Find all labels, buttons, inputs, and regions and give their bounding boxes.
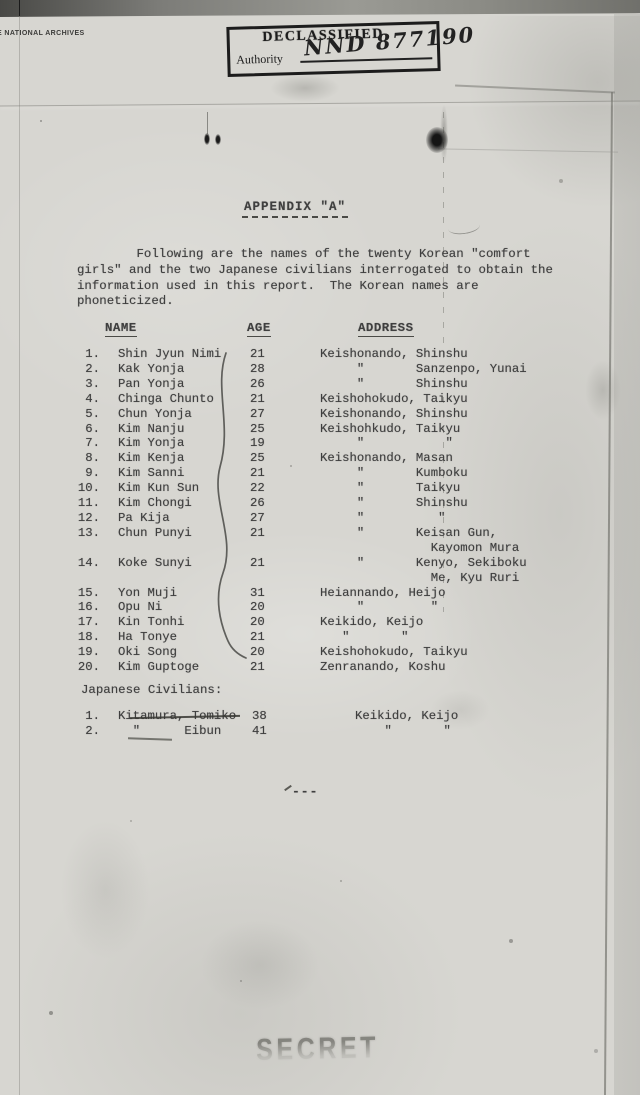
table-row: 17.Kin Tonhi20Keikido, Keijo bbox=[0, 615, 640, 630]
table-row: 14.Koke Sunyi21 " Kenyo, Sekiboku Me, Ky… bbox=[0, 556, 640, 586]
row-number: 2. bbox=[0, 362, 100, 377]
table-row: 11.Kim Chongi26 " Shinshu bbox=[0, 496, 640, 511]
address-cell: " " bbox=[320, 511, 445, 526]
table-row: 9.Kim Sanni21 " Kumboku bbox=[0, 466, 640, 481]
paper-speckles bbox=[40, 120, 42, 122]
table-row: 2.Kak Yonja28 " Sanzenpo, Yunai bbox=[0, 362, 640, 377]
name-cell: Kitamura, Tomiko bbox=[118, 709, 246, 724]
address-cell: " Taikyu bbox=[320, 481, 460, 496]
column-header-age: AGE bbox=[247, 321, 271, 337]
row-number: 19. bbox=[0, 645, 100, 660]
row-number: 11. bbox=[0, 496, 100, 511]
address-cell: " Sanzenpo, Yunai bbox=[320, 362, 527, 377]
name-cell: " Eibun bbox=[118, 724, 246, 739]
table-row: 1.Shin Jyun Nimi21Keishonando, Shinshu bbox=[0, 347, 640, 362]
declassified-stamp: DECLASSIFIED Authority NND 877190 bbox=[226, 21, 440, 77]
row-number: 1. bbox=[0, 347, 100, 362]
address-cell: " " bbox=[355, 724, 451, 739]
table-row: 19.Oki Song20Keishohokudo, Taikyu bbox=[0, 645, 640, 660]
row-number: 2. bbox=[0, 724, 100, 739]
age-cell: 41 bbox=[246, 724, 282, 739]
address-cell: Keikido, Keijo bbox=[355, 709, 458, 724]
table-row: 1.Kitamura, Tomiko38Keikido, Keijo bbox=[0, 709, 640, 724]
address-cell: " Shinshu bbox=[320, 496, 468, 511]
address-cell: Heiannando, Heijo bbox=[320, 586, 445, 601]
row-number: 12. bbox=[0, 511, 100, 526]
table-row: 7.Kim Yonja19 " " bbox=[0, 436, 640, 451]
staple-mark bbox=[207, 112, 208, 134]
row-number: 18. bbox=[0, 630, 100, 645]
separator-dashes: --- bbox=[292, 784, 318, 799]
address-cell: Zenranando, Koshu bbox=[320, 660, 445, 675]
scan-edge-line bbox=[19, 0, 20, 16]
table-row: 16.Opu Ni20 " " bbox=[0, 600, 640, 615]
table-row: 6.Kim Nanju25Keishohkudo, Taikyu bbox=[0, 422, 640, 437]
intro-paragraph: Following are the names of the twenty Ko… bbox=[77, 247, 577, 310]
row-number: 1. bbox=[0, 709, 100, 724]
address-cell: Keishonando, Shinshu bbox=[320, 407, 468, 422]
staple-mark bbox=[204, 133, 210, 145]
page-title: APPENDIX "A" bbox=[145, 200, 445, 214]
table-row: 10.Kim Kun Sun22 " Taikyu bbox=[0, 481, 640, 496]
address-cell: Keishohokudo, Taikyu bbox=[320, 392, 468, 407]
address-cell: " Kumboku bbox=[320, 466, 468, 481]
row-number: 9. bbox=[0, 466, 100, 481]
address-cell: Keishonando, Shinshu bbox=[320, 347, 468, 362]
address-cell: " Keisan Gun, Kayomon Mura bbox=[320, 526, 519, 556]
japanese-table-rows: 1.Kitamura, Tomiko38Keikido, Keijo2. " E… bbox=[0, 709, 640, 739]
table-row: 5.Chun Yonja27Keishonando, Shinshu bbox=[0, 407, 640, 422]
japanese-section-heading: Japanese Civilians: bbox=[81, 683, 222, 697]
row-number: 10. bbox=[0, 481, 100, 496]
paper-shading bbox=[470, 16, 640, 206]
address-cell: " Kenyo, Sekiboku Me, Kyu Ruri bbox=[320, 556, 527, 586]
row-number: 14. bbox=[0, 556, 100, 571]
row-number: 16. bbox=[0, 600, 100, 615]
row-number: 13. bbox=[0, 526, 100, 541]
table-row: 20.Kim Guptoge21Zenranando, Koshu bbox=[0, 660, 640, 675]
address-cell: " " bbox=[320, 436, 453, 451]
paper-stain bbox=[60, 820, 150, 960]
column-header-address: ADDRESS bbox=[358, 321, 414, 337]
punch-hole-smear bbox=[440, 104, 448, 164]
row-number: 5. bbox=[0, 407, 100, 422]
authority-label: Authority bbox=[236, 51, 283, 67]
table-row: 18.Ha Tonye21 " " bbox=[0, 630, 640, 645]
document-scan: E NATIONAL ARCHIVES DECLASSIFIED Authori… bbox=[0, 0, 640, 1095]
national-archives-label: E NATIONAL ARCHIVES bbox=[0, 30, 85, 37]
row-number: 17. bbox=[0, 615, 100, 630]
age-cell: 38 bbox=[246, 709, 282, 724]
table-row: 3.Pan Yonja26 " Shinshu bbox=[0, 377, 640, 392]
column-header-name: NAME bbox=[105, 321, 137, 337]
table-row: 2. " Eibun41 " " bbox=[0, 724, 640, 739]
address-cell: " Shinshu bbox=[320, 377, 468, 392]
address-cell: Keishohkudo, Taikyu bbox=[320, 422, 460, 437]
hand-drawn-brace bbox=[205, 345, 255, 670]
address-cell: " " bbox=[320, 600, 438, 615]
row-number: 20. bbox=[0, 660, 100, 675]
address-cell: " " bbox=[320, 630, 409, 645]
row-number: 4. bbox=[0, 392, 100, 407]
staple-mark bbox=[215, 134, 221, 145]
page-title-text: APPENDIX "A" bbox=[242, 200, 348, 218]
row-number: 15. bbox=[0, 586, 100, 601]
table-row: 12.Pa Kija27 " " bbox=[0, 511, 640, 526]
table-row: 13.Chun Punyi21 " Keisan Gun, Kayomon Mu… bbox=[0, 526, 640, 556]
strikethrough-mark bbox=[130, 715, 240, 719]
row-number: 3. bbox=[0, 377, 100, 392]
korean-table-rows: 1.Shin Jyun Nimi21Keishonando, Shinshu2.… bbox=[0, 347, 640, 675]
paper-stain bbox=[270, 74, 340, 102]
address-cell: Keishohokudo, Taikyu bbox=[320, 645, 468, 660]
table-row: 4.Chinga Chunto21Keishohokudo, Taikyu bbox=[0, 392, 640, 407]
table-row: 8.Kim Kenja25Keishonando, Masan bbox=[0, 451, 640, 466]
row-number: 8. bbox=[0, 451, 100, 466]
row-number: 7. bbox=[0, 436, 100, 451]
secret-stamp: SECRET bbox=[256, 1030, 379, 1067]
paper-stain bbox=[200, 920, 320, 1010]
table-row: 15.Yon Muji31Heiannando, Heijo bbox=[0, 586, 640, 601]
row-number: 6. bbox=[0, 422, 100, 437]
address-cell: Keikido, Keijo bbox=[320, 615, 423, 630]
address-cell: Keishonando, Masan bbox=[320, 451, 453, 466]
